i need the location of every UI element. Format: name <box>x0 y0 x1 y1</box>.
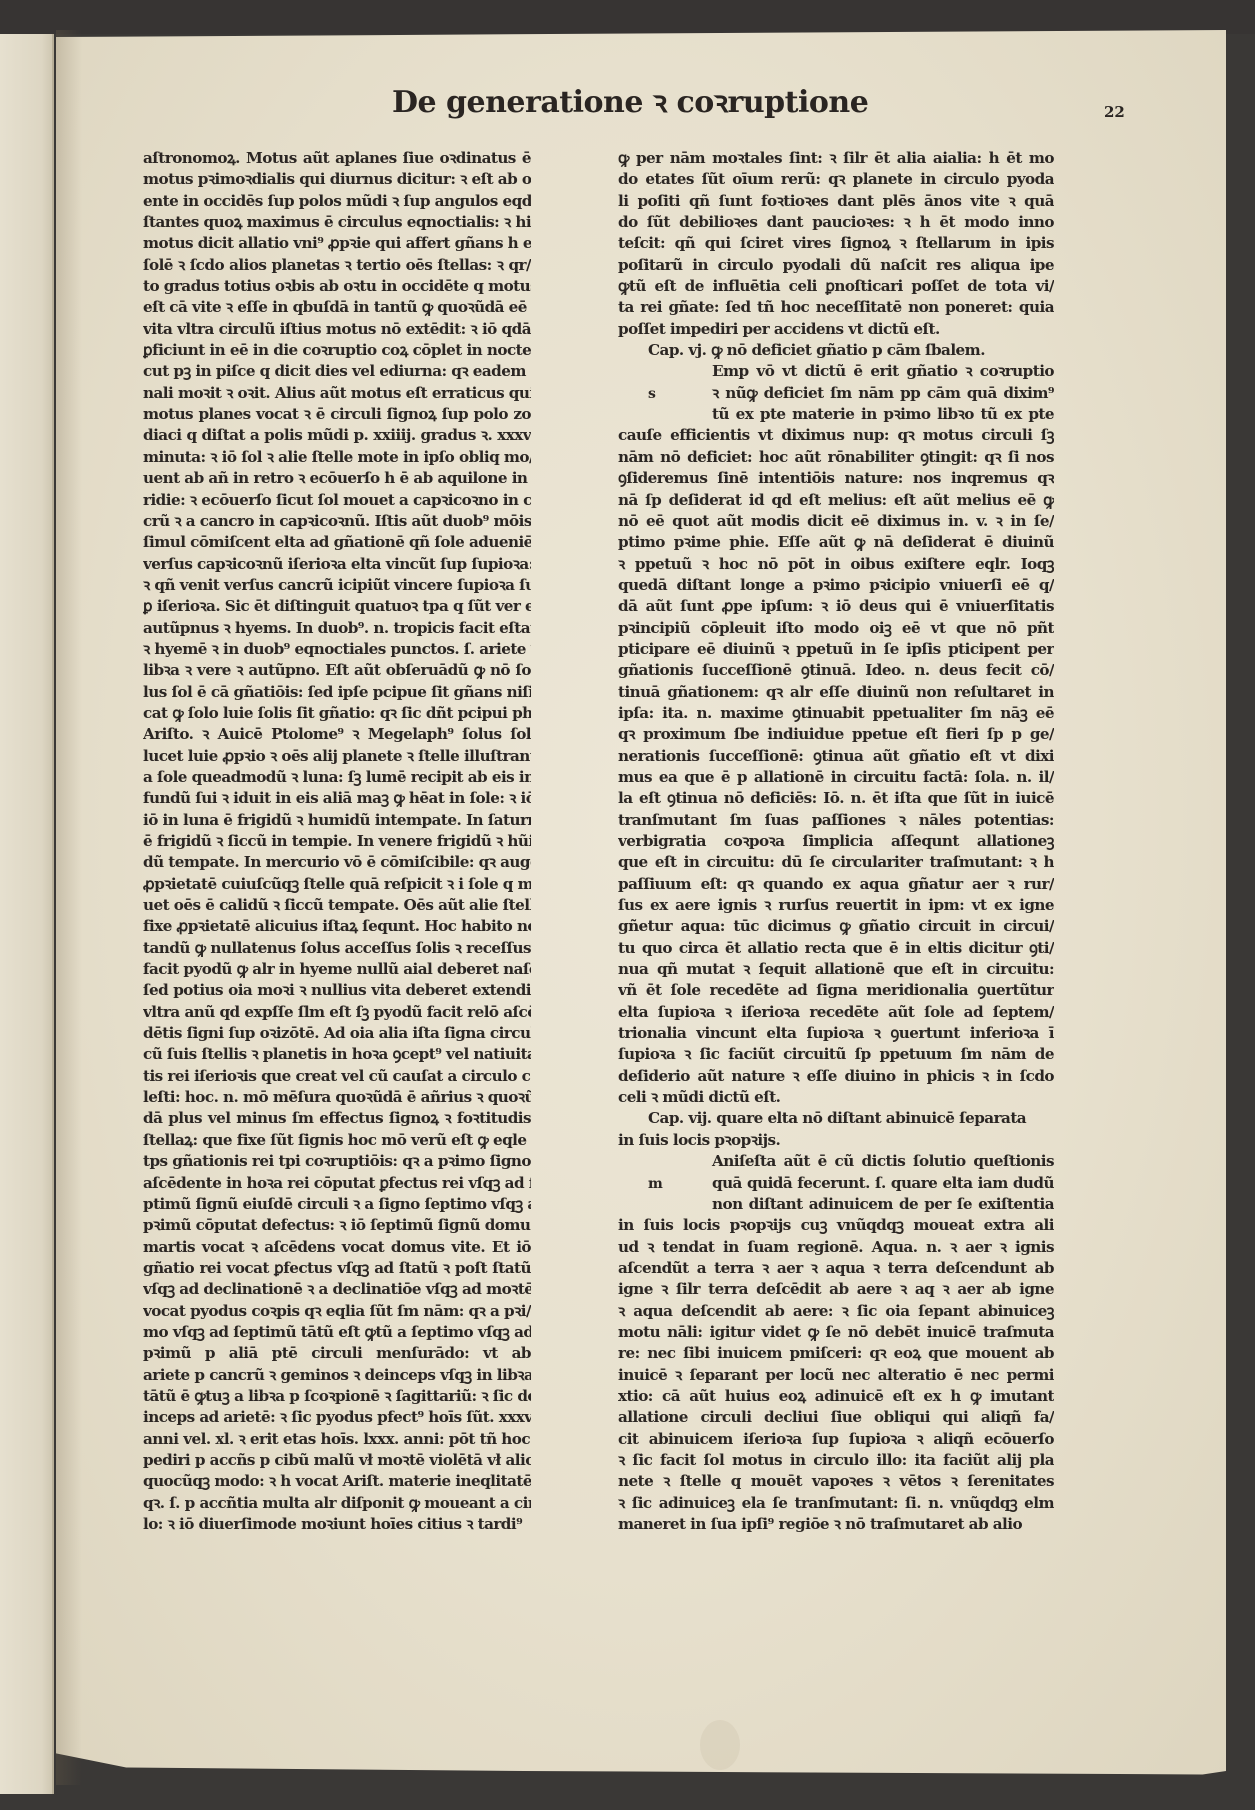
text-line: ſed potius oia moꝛi ꝛ nullius vita deber… <box>143 980 531 1001</box>
text-line: ꝛ ppetuũ ꝛ hoc nō pōt in oibus exiſtere … <box>618 554 1054 575</box>
text-line: ſimul cōmiſcent elta ad gñationē qñ ſole… <box>143 532 531 553</box>
text-line: ꝑficiunt in eē in die coꝛruptio coꝝ cōpl… <box>143 340 531 361</box>
text-line: facit pyodũ ꝙ alr in hyeme nullũ aial de… <box>143 959 531 980</box>
text-line: iō in luna ē frigidũ ꝛ humidũ intempate.… <box>143 810 531 831</box>
text-line: ꝛ nũꝙ deficiet ſm nām pp cām quā dixim⁹ <box>618 383 1054 404</box>
text-line: ſtellaꝝ: que fixe ſũt ſignis hoc mō verũ… <box>143 1130 531 1151</box>
text-line: Ariſto. ꝛ Auicē Ptolome⁹ ꝛ Megelaph⁹ ſol… <box>143 724 531 745</box>
text-line: vocat pyodus coꝛpis qꝛ eqlia ſũt ſm nām:… <box>143 1301 531 1322</box>
text-line: teſcit: qñ qui ſciret vires ſignoꝝ ꝛ ſte… <box>618 233 1054 254</box>
text-line: gñatio rei vocat ꝑfectus vſqꝫ ad ſtatũ ꝛ… <box>143 1258 531 1279</box>
text-line: ꝯſideremus ſinē intentiōis nature: nos i… <box>618 468 1054 489</box>
text-line: nō eē quot aũt modis dicit eē diximus in… <box>618 511 1054 532</box>
text-line: ꝑ iſerioꝛa. Sic ēt diſtinguit quatuoꝛ tp… <box>143 596 531 617</box>
text-line: maneret in ſua ipſi⁹ regiōe ꝛ nō traſmut… <box>618 1514 1054 1535</box>
text-line: li poſiti qñ ſunt foꝛtioꝛes dant plēs ān… <box>618 191 1054 212</box>
text-line: ꝛ ſic facit ſol motus in circulo illo: i… <box>618 1450 1054 1471</box>
text-line: anni vel. xl. ꝛ erit etas hoīs. lxxx. an… <box>143 1429 531 1450</box>
text-line: in ſuis locis pꝛopꝛijs. <box>618 1130 1054 1151</box>
text-line: pꝛimũ cōputat defectus: ꝛ iō ſeptimũ ſig… <box>143 1215 531 1236</box>
text-line: tātũ ē ꝙtuꝫ a libꝛa p ſcoꝛpionē ꝛ ſagitt… <box>143 1386 531 1407</box>
text-line: trionalia vincunt elta ſupioꝛa ꝛ ꝯuertun… <box>618 1023 1054 1044</box>
text-line: ſolē ꝛ ſcdo alios planetas ꝛ tertio oēs … <box>143 255 531 276</box>
text-line: aſcendũt a terra ꝛ aer ꝛ aqua ꝛ terra de… <box>618 1258 1054 1279</box>
text-line: xtio: cā aũt huius eoꝝ adinuicē eſt ex h… <box>618 1386 1054 1407</box>
text-line: do ſũt debilioꝛes dant paucioꝛes: ꝛ h ēt… <box>618 212 1054 233</box>
text-line: tis rei iſerioꝛis que creat vel cũ cauſa… <box>143 1066 531 1087</box>
text-line: qꝛ. ſ. p accñtia multa alr diſponit ꝙ mo… <box>143 1493 531 1514</box>
text-line: lus ſol ē cā gñatiōis: ſed ipſe pcipue ſ… <box>143 682 531 703</box>
text-line: non diſtant adinuicem de per ſe exiſtent… <box>618 1194 1054 1215</box>
gutter-shadow <box>56 30 82 1785</box>
text-line: quā quidā fecerunt. ſ. quare elta iam du… <box>618 1173 1054 1194</box>
text-line: nua qñ mutat ꝛ ſequit allationē que eſt … <box>618 959 1054 980</box>
text-line: dētis ſigni ſup oꝛizōtē. Ad oia alia iſt… <box>143 1023 531 1044</box>
text-line: cũ ſuis ſtellis ꝛ planetis in hoꝛa ꝯcept… <box>143 1044 531 1065</box>
text-line: tũ ex pte materie in pꝛimo libꝛo tũ ex p… <box>618 404 1054 425</box>
running-head: De generatione ꝛ coꝛruptione <box>392 80 868 121</box>
text-line: lo: ꝛ iō diuerſimode moꝛiunt hoīes citiu… <box>143 1514 531 1535</box>
text-line: inuicē ꝛ ſeparant per locũ nec alteratio… <box>618 1365 1054 1386</box>
guide-letter: m <box>648 1174 662 1195</box>
text-line: pꝛincipiũ cōpleuit iſto modo oiꝫ eē vt q… <box>618 618 1054 639</box>
text-line: cauſe efficientis vt diximus nup: qꝛ mot… <box>618 425 1054 446</box>
paper-stain <box>700 1720 740 1770</box>
text-line: ridie: ꝛ ecōuerſo ſicut ſol mouet a capꝛ… <box>143 490 531 511</box>
text-line: dũ tempate. In mercurio vō ē cōmiſcibile… <box>143 852 531 873</box>
text-line: celi ꝛ mũdi dictũ eſt. <box>618 1087 1054 1108</box>
text-line: martis vocat ꝛ aſcēdens vocat domus vite… <box>143 1237 531 1258</box>
text-line: aſcēdente in hoꝛa rei cōputat ꝑfectus re… <box>143 1173 531 1194</box>
text-line: poſitarũ in circulo pyodali dũ naſcit re… <box>618 255 1054 276</box>
text-line: que eſt in circuitu: dū ſe circulariter … <box>618 852 1054 873</box>
text-line: mus ea que ē p allationē in circuitu fac… <box>618 767 1054 788</box>
text-line: gñationis ſucceſſionē ꝯtinuā. Ideo. n. d… <box>618 660 1054 681</box>
text-line: nete ꝛ ſtelle q mouēt vapoꝛes ꝛ vētos ꝛ … <box>618 1471 1054 1492</box>
text-line: cat ꝙ ſolo luie ſolis ſit gñatio: qꝛ ſic… <box>143 703 531 724</box>
text-line: Aniſeſta aũt ē cũ dictis ſolutio queſtio… <box>618 1151 1054 1172</box>
text-line: uent ab añ in retro ꝛ ecōuerſo h ē ab aq… <box>143 468 531 489</box>
text-line: tinuā gñationem: qꝛ alr eſſe diuinũ non … <box>618 682 1054 703</box>
text-line: pꝛimũ p aliā ptē circuli menſurādo: vt a… <box>143 1343 531 1364</box>
text-line: nerationis ſucceſſionē: ꝯtinua aũt gñati… <box>618 746 1054 767</box>
text-line: ē frigidũ ꝛ ſiccũ in tempie. In venere f… <box>143 831 531 852</box>
text-line: Cap. vj. ꝙ nō deficiet gñatio p cām ſbal… <box>618 340 1054 361</box>
text-column-right: ꝙ per nām moꝛtales ſint: ꝛ ſilr ēt alia … <box>618 148 1054 1535</box>
guide-letter: s <box>648 384 655 405</box>
text-line: ꝛ aqua deſcendit ab aere: ꝛ ſic oia ſepa… <box>618 1301 1054 1322</box>
text-line: dā aũt ſunt ꝓpe ipſum: ꝛ iō deus qui ē v… <box>618 596 1054 617</box>
text-line: deſiderio aũt nature ꝛ eſſe diuino in ph… <box>618 1066 1054 1087</box>
text-line: eſt cā vite ꝛ eſſe in qbuſdā in tantũ ꝙ … <box>143 297 531 318</box>
text-line: ꝛ hyemē ꝛ in duob⁹ eqnoctiales punctos. … <box>143 639 531 660</box>
text-line: vſqꝫ ad declinationē ꝛ a declinatiōe vſq… <box>143 1279 531 1300</box>
text-column-left: aſtronomoꝝ. Motus aũt aplanes ſiue oꝛdin… <box>143 148 531 1535</box>
text-line: elta ſupioꝛa ꝛ iſerioꝛa recedēte aũt ſol… <box>618 1002 1054 1023</box>
text-line: ente in occidēs ſup polos mũdi ꝛ ſup ang… <box>143 191 531 212</box>
text-line: ſus ex aere ignis ꝛ rurſus reuertit in i… <box>618 895 1054 916</box>
text-line: dā plus vel minus ſm effectus ſignoꝝ ꝛ f… <box>143 1108 531 1129</box>
text-line: ta rei gñate: ſed tñ hoc neceſſitatē non… <box>618 297 1054 318</box>
text-line: cut pꝫ in piſce q dicit dies vel ediurna… <box>143 361 531 382</box>
text-line: motus dicit allatio vni⁹ ꝓpꝛie qui affer… <box>143 233 531 254</box>
text-line: qꝛ proximum ſbe indiuidue ppetue eſt fie… <box>618 724 1054 745</box>
text-line: la eſt ꝯtinua nō deficiēs: Iō. n. ēt iſt… <box>618 788 1054 809</box>
text-line: ꝙ per nām moꝛtales ſint: ꝛ ſilr ēt alia … <box>618 148 1054 169</box>
text-line: Cap. vij. quare elta nō diſtant abinuicē… <box>618 1108 1054 1129</box>
text-line: ꝛ ſic adinuiceꝫ ela ſe tranſmutant: ſi. … <box>618 1493 1054 1514</box>
text-line: aſtronomoꝝ. Motus aũt aplanes ſiue oꝛdin… <box>143 148 531 169</box>
text-line: ptimo pꝛime phie. Eſſe aũt ꝙ nā deſidera… <box>618 532 1054 553</box>
text-line: nā ſp deſiderat id qd eſt melius: eſt aũ… <box>618 490 1054 511</box>
text-line: tu quo circa ēt allatio recta que ē in e… <box>618 938 1054 959</box>
text-line: tandũ ꝙ nullatenus ſolus acceſſus ſolis … <box>143 938 531 959</box>
text-line: do etates ſũt oīum rerũ: qꝛ planete in c… <box>618 169 1054 190</box>
text-line: verbigratia coꝛpoꝛa ſimplicia aſſequnt a… <box>618 831 1054 852</box>
text-line: paſſiuum eſt: qꝛ quando ex aqua gñatur a… <box>618 874 1054 895</box>
text-line: allatione circuli decliui ſiue obliqui q… <box>618 1407 1054 1428</box>
text-line: inceps ad arietē: ꝛ ſic pyodus pfect⁹ ho… <box>143 1407 531 1428</box>
text-line: poſſet impediri per accidens vt dictũ eſ… <box>618 319 1054 340</box>
text-line: crũ ꝛ a cancro in capꝛicoꝛnũ. Iſtis aũt … <box>143 511 531 532</box>
text-line: ꝓpꝛietatē cuiuſcũqꝫ ſtelle quā reſpicit … <box>143 874 531 895</box>
text-line: tranſmutant ſm ſuas paſſiones ꝛ nāles po… <box>618 810 1054 831</box>
text-line: fundũ ſui ꝛ iduit in eis aliā maꝫ ꝙ hēat… <box>143 788 531 809</box>
text-line: ꝛ qñ venit verſus cancrũ icipiũt vincere… <box>143 575 531 596</box>
text-line: nām nō deficiet: hoc aũt rōnabiliter ꝯti… <box>618 447 1054 468</box>
text-line: motus planes vocat ꝛ ē circuli ſignoꝝ ſu… <box>143 404 531 425</box>
text-line: pediri p accñs p cibũ malũ vł moꝛtē viol… <box>143 1450 531 1471</box>
text-line: re: nec ſibi inuicem pmiſceri: qꝛ eoꝝ qu… <box>618 1343 1054 1364</box>
text-line: ipſa: ita. n. maxime ꝯtinuabit ppetualit… <box>618 703 1054 724</box>
text-line: motu nāli: igitur videt ꝙ ſe nō debēt in… <box>618 1322 1054 1343</box>
text-line: autũpnus ꝛ hyems. In duob⁹. n. tropicis … <box>143 618 531 639</box>
text-line: quedā diſtant longe a pꝛimo pꝛicipio vni… <box>618 575 1054 596</box>
text-line: cit abinuicem iſerioꝛa ſup ſupioꝛa ꝛ ali… <box>618 1429 1054 1450</box>
text-line: gñetur aqua: tūc dicimus ꝙ gñatio circui… <box>618 916 1054 937</box>
text-line: fixe ꝓpꝛietatē alicuius iſtaꝝ ſequnt. Ho… <box>143 916 531 937</box>
text-line: to gradus totius oꝛbis ab oꝛtu in occidē… <box>143 276 531 297</box>
text-line: minuta: ꝛ iō ſol ꝛ alie ſtelle mote in i… <box>143 447 531 468</box>
text-line: uet oēs ē calidũ ꝛ ſiccũ tempate. Oēs aũ… <box>143 895 531 916</box>
text-line: a ſole queadmodũ ꝛ luna: ſꝫ lumē recipit… <box>143 767 531 788</box>
text-line: Emp vō vt dictũ ē erit gñatio ꝛ coꝛrupti… <box>618 361 1054 382</box>
text-line: libꝛa ꝛ vere ꝛ autũpno. Eſt aũt obſeruād… <box>143 660 531 681</box>
text-line: ud ꝛ tendat in ſuam regionē. Aqua. n. ꝛ … <box>618 1237 1054 1258</box>
text-line: vita vltra circulũ iſtius motus nō extēd… <box>143 319 531 340</box>
text-line: ꝙtũ eſt de influētia celi ꝑnoſticari poſ… <box>618 276 1054 297</box>
text-line: quocũqꝫ modo: ꝛ h vocat Ariſt. materie i… <box>143 1471 531 1492</box>
text-line: verſus capꝛicoꝛnũ iſerioꝛa elta vincũt ſ… <box>143 554 531 575</box>
facing-page-edge <box>0 34 54 1794</box>
folio-number: 22 <box>1104 103 1125 121</box>
text-line: ariete p cancrũ ꝛ geminos ꝛ deinceps vſq… <box>143 1365 531 1386</box>
text-line: lucet luie ꝓpꝛio ꝛ oēs alij planete ꝛ ſt… <box>143 746 531 767</box>
text-line: vñ ēt ſole recedēte ad ſigna meridionali… <box>618 980 1054 1001</box>
scan-background-top <box>0 0 1255 34</box>
text-line: motus pꝛimoꝛdialis qui diurnus dicitur: … <box>143 169 531 190</box>
text-line: in ſuis locis pꝛopꝛijs cuꝫ vnũqdqꝫ mouea… <box>618 1215 1054 1236</box>
text-line: vltra anũ qd expſſe ſlm eſt ſꝫ pyodũ fac… <box>143 1002 531 1023</box>
text-line: ſtantes quoꝝ maximus ē circulus eqnoctia… <box>143 212 531 233</box>
text-line: nali moꝛit ꝛ oꝛit. Alius aũt motus eſt e… <box>143 383 531 404</box>
text-line: pticipare eē diuinũ ꝛ ppetuũ in ſe ipſis… <box>618 639 1054 660</box>
text-line: ptimũ ſignũ eiuſdē circuli ꝛ a ſigno ſep… <box>143 1194 531 1215</box>
text-line: tps gñationis rei tpi coꝛruptiōis: qꝛ a … <box>143 1151 531 1172</box>
text-line: diaci q diſtat a polis mũdi p. xxiiij. g… <box>143 425 531 446</box>
text-line: leſti: hoc. n. mō mēſura quoꝛũdā ē añriu… <box>143 1087 531 1108</box>
text-line: mo vſqꝫ ad ſeptimũ tātũ eſt ꝙtũ a ſeptim… <box>143 1322 531 1343</box>
text-line: igne ꝛ ſilr terra deſcēdit ab aere ꝛ aq … <box>618 1279 1054 1300</box>
text-line: ſupioꝛa ꝛ ſic faciũt circuitũ ſp ppetuum… <box>618 1044 1054 1065</box>
